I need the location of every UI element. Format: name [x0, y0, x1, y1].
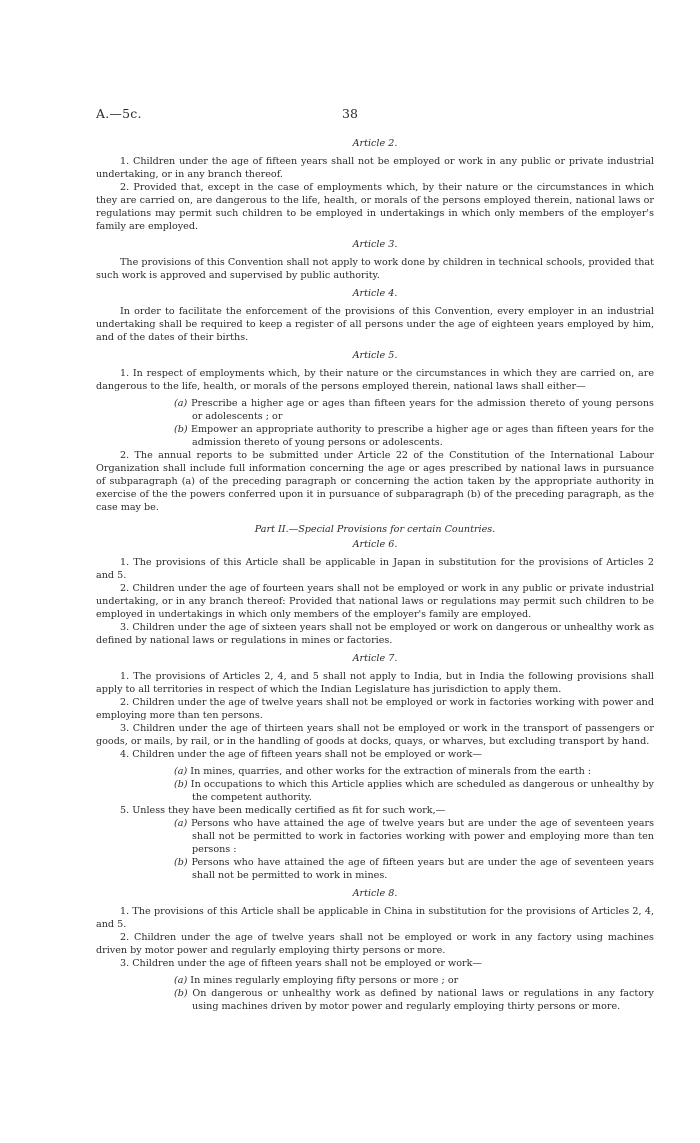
page-number: 38	[342, 106, 358, 121]
paragraph: 2. Children under the age of fourteen ye…	[96, 582, 654, 621]
subparagraph: (a) Persons who have attained the age of…	[150, 817, 654, 856]
article-7: Article 7. 1. The provisions of Articles…	[96, 652, 654, 882]
subparagraph-label: (b)	[174, 424, 188, 435]
document-body: Article 2. 1. Children under the age of …	[96, 137, 654, 1013]
subparagraph-text: Empower an appropriate authority to pres…	[191, 424, 654, 448]
subparagraph-label: (a)	[174, 766, 187, 777]
paragraph: 2. Children under the age of twelve year…	[96, 931, 654, 957]
article-4: Article 4. In order to facilitate the en…	[96, 287, 654, 344]
subparagraph: (b) In occupations to which this Article…	[150, 778, 654, 804]
subparagraph-label: (a)	[174, 975, 187, 986]
paragraph: 1. The provisions of this Article shall …	[96, 905, 654, 931]
paragraph: The provisions of this Convention shall …	[96, 256, 654, 282]
subparagraph-label: (b)	[174, 779, 188, 790]
article-2: Article 2. 1. Children under the age of …	[96, 137, 654, 233]
paragraph: 5. Unless they have been medically certi…	[96, 804, 654, 817]
paragraph: In order to facilitate the enforcement o…	[96, 305, 654, 344]
article-3: Article 3. The provisions of this Conven…	[96, 238, 654, 282]
article-heading: Article 3.	[96, 238, 654, 251]
article-heading: Article 2.	[96, 137, 654, 150]
paragraph: 3. Children under the age of sixteen yea…	[96, 621, 654, 647]
subparagraph: (a) Prescribe a higher age or ages than …	[150, 397, 654, 423]
paragraph: 3. Children under the age of fifteen yea…	[96, 957, 654, 970]
paragraph: 1. Children under the age of fifteen yea…	[96, 155, 654, 181]
subparagraph-text: Prescribe a higher age or ages than fift…	[191, 398, 654, 422]
article-heading: Article 5.	[96, 349, 654, 362]
article-heading: Article 4.	[96, 287, 654, 300]
paragraph: 3. Children under the age of thirteen ye…	[96, 722, 654, 748]
article-5: Article 5. 1. In respect of employments …	[96, 349, 654, 514]
paragraph: 4. Children under the age of fifteen yea…	[96, 748, 654, 761]
article-heading: Article 7.	[96, 652, 654, 665]
page-header: A.—5c. 38	[96, 106, 656, 122]
paragraph: 1. The provisions of Articles 2, 4, and …	[96, 670, 654, 696]
part-heading: Part II.—Special Provisions for certain …	[96, 523, 654, 536]
paragraph: 2. Children under the age of twelve year…	[96, 696, 654, 722]
subparagraph-text: In mines, quarries, and other works for …	[190, 766, 591, 777]
article-6: Article 6. 1. The provisions of this Art…	[96, 538, 654, 647]
subparagraph-text: Persons who have attained the age of fif…	[192, 857, 654, 881]
subparagraph-text: On dangerous or unhealthy work as define…	[192, 988, 654, 1012]
subparagraph-text: In mines regularly employing fifty perso…	[190, 975, 458, 986]
subparagraph: (b) On dangerous or unhealthy work as de…	[150, 987, 654, 1013]
subparagraph: (a) In mines regularly employing fifty p…	[150, 974, 654, 987]
subparagraph: (b) Persons who have attained the age of…	[150, 856, 654, 882]
paragraph: 1. In respect of employments which, by t…	[96, 367, 654, 393]
paragraph: 1. The provisions of this Article shall …	[96, 556, 654, 582]
subparagraph-label: (a)	[174, 398, 187, 409]
paragraph: 2. Provided that, except in the case of …	[96, 181, 654, 233]
subparagraph-label: (b)	[174, 857, 188, 868]
paragraph: 2. The annual reports to be submitted un…	[96, 449, 654, 514]
subparagraph-text: Persons who have attained the age of twe…	[191, 818, 654, 855]
subparagraph-label: (a)	[174, 818, 187, 829]
subparagraph-label: (b)	[174, 988, 188, 999]
subparagraph: (a) In mines, quarries, and other works …	[150, 765, 654, 778]
article-8: Article 8. 1. The provisions of this Art…	[96, 887, 654, 1013]
article-heading: Article 6.	[96, 538, 654, 551]
document-reference: A.—5c.	[96, 106, 142, 121]
subparagraph-text: In occupations to which this Article app…	[191, 779, 654, 803]
article-heading: Article 8.	[96, 887, 654, 900]
subparagraph: (b) Empower an appropriate authority to …	[150, 423, 654, 449]
